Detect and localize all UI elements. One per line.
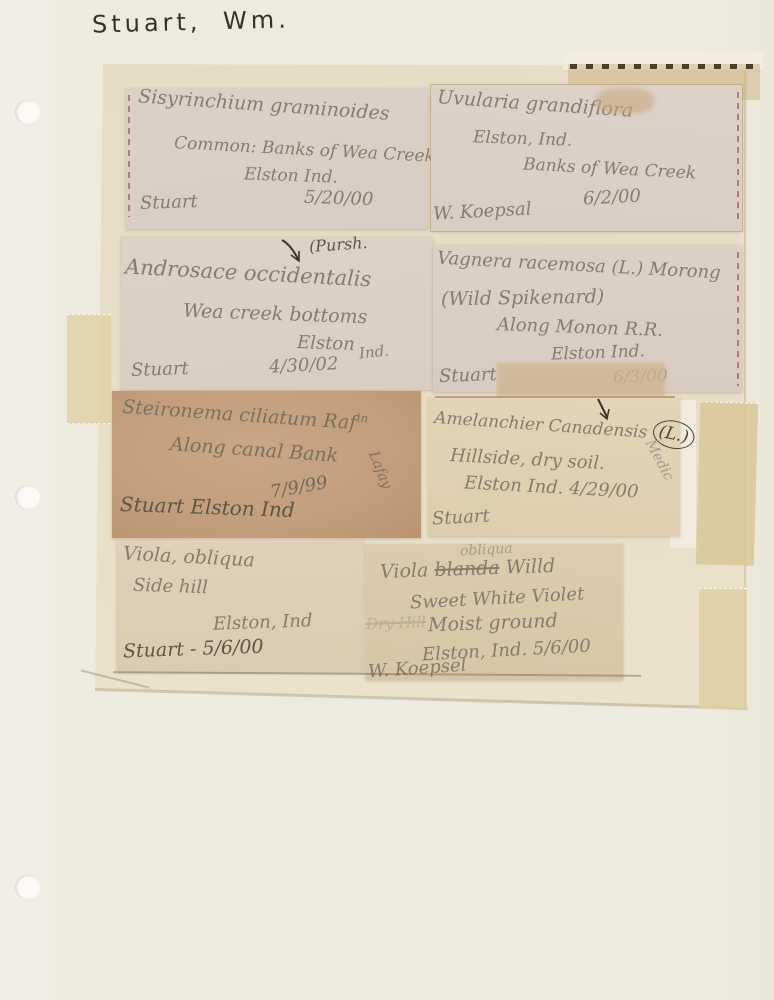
common-name: (Wild Spikenard) xyxy=(441,286,605,311)
species-text: Steironema ciliatum Raf xyxy=(121,396,357,434)
species-name: Viola blanda Willd xyxy=(380,555,556,583)
collector: W. Koepsal xyxy=(433,198,532,224)
tape-burnt-edge xyxy=(570,64,756,69)
species-genus: Viola xyxy=(380,559,429,583)
label-sisyrinchium: Sisyrinchium graminoides Common: Banks o… xyxy=(126,88,428,229)
species-name: Androsace occidentalis xyxy=(125,255,372,292)
date: 5/20/00 xyxy=(304,187,374,210)
state-abbrev: Ind. xyxy=(358,341,390,362)
species-name: Vagnera racemosa (L.) Morong xyxy=(437,248,722,284)
collector: Stuart xyxy=(140,191,198,214)
label-uvularia: Uvularia grandiflora Elston, Ind. Banks … xyxy=(431,85,742,231)
locality: Elston, Ind xyxy=(213,610,313,634)
label-steironema: Steironema ciliatum Rafin Along canal Ba… xyxy=(112,391,421,538)
punch-hole-bottom xyxy=(16,875,40,899)
species-name: Steironema ciliatum Rafin xyxy=(121,394,368,434)
collector: Stuart xyxy=(431,506,490,530)
label-red-edge xyxy=(737,252,739,386)
collector: Stuart xyxy=(131,358,189,381)
tape-residue-stain xyxy=(497,363,665,397)
habitat-note: Hillside, dry soil. xyxy=(450,445,606,474)
habitat-note: Wea creek bottoms xyxy=(183,300,368,328)
date: 6/2/00 xyxy=(582,185,641,209)
struck-habitat-note: Dry Hill xyxy=(366,613,427,633)
label-viola-blanda: obliqua Viola blanda Willd Sweet White V… xyxy=(366,544,623,680)
punch-hole-middle xyxy=(16,485,40,509)
page-header-note: Stuart, Wm. xyxy=(92,5,291,38)
collector: Stuart xyxy=(439,364,497,387)
habitat-note: Along canal Bank xyxy=(169,433,338,467)
punch-hole-top xyxy=(16,100,40,124)
locality: Elston Ind. xyxy=(551,341,646,364)
species-name: Sisyrinchium graminoides xyxy=(138,85,391,125)
collector-signoff: Stuart - 5/6/00 xyxy=(123,636,264,663)
locality: Elston xyxy=(297,332,355,355)
locality: Elston, Ind. xyxy=(473,127,573,150)
collector: W. Koepsel xyxy=(367,655,467,683)
habitat-note: Banks of Wea Creek xyxy=(523,154,697,183)
tape-left xyxy=(67,314,111,424)
habitat-trailing-word: Lafay xyxy=(365,449,394,491)
authority-superscript: in xyxy=(356,411,369,426)
common-name: Sweet White Violet xyxy=(410,583,585,613)
struck-species-epithet: blanda xyxy=(434,557,500,581)
locality-date: Elston Ind. 4/29/00 xyxy=(464,472,639,502)
collector-signoff: Stuart Elston Ind xyxy=(120,492,295,522)
annotation-arrow-icon xyxy=(279,237,307,265)
habitat-note: Along Monon R.R. xyxy=(497,314,664,341)
habitat-note: Side hill xyxy=(133,575,209,599)
label-top-edge-line xyxy=(435,396,675,398)
habitat-note: Moist ground xyxy=(428,610,558,637)
tape-right-upper xyxy=(696,401,758,565)
label-red-edge xyxy=(128,95,130,217)
label-androsace: (Pursh. Androsace occidentalis Wea creek… xyxy=(121,237,433,390)
species-authority: Willd xyxy=(505,555,555,579)
date: 4/30/02 xyxy=(268,353,338,378)
tape-right-lower xyxy=(699,588,747,709)
label-viola-obliqua: Viola, obliqua Side hill Elston, Ind Stu… xyxy=(117,540,364,672)
species-name: Viola, obliqua xyxy=(123,543,256,572)
habitat-note: Common: Banks of Wea Creek xyxy=(174,133,436,167)
authority-annotation: (Pursh. xyxy=(308,233,368,256)
label-red-edge xyxy=(737,92,739,224)
locality: Elston Ind. xyxy=(244,164,339,187)
tape-stain xyxy=(596,88,654,114)
label-amelanchier: Amelanchier Canadensis (L.) Medic Hillsi… xyxy=(428,397,680,536)
scanned-herbarium-page: Stuart, Wm. Sisyrinchium graminoides Com… xyxy=(0,0,774,1000)
